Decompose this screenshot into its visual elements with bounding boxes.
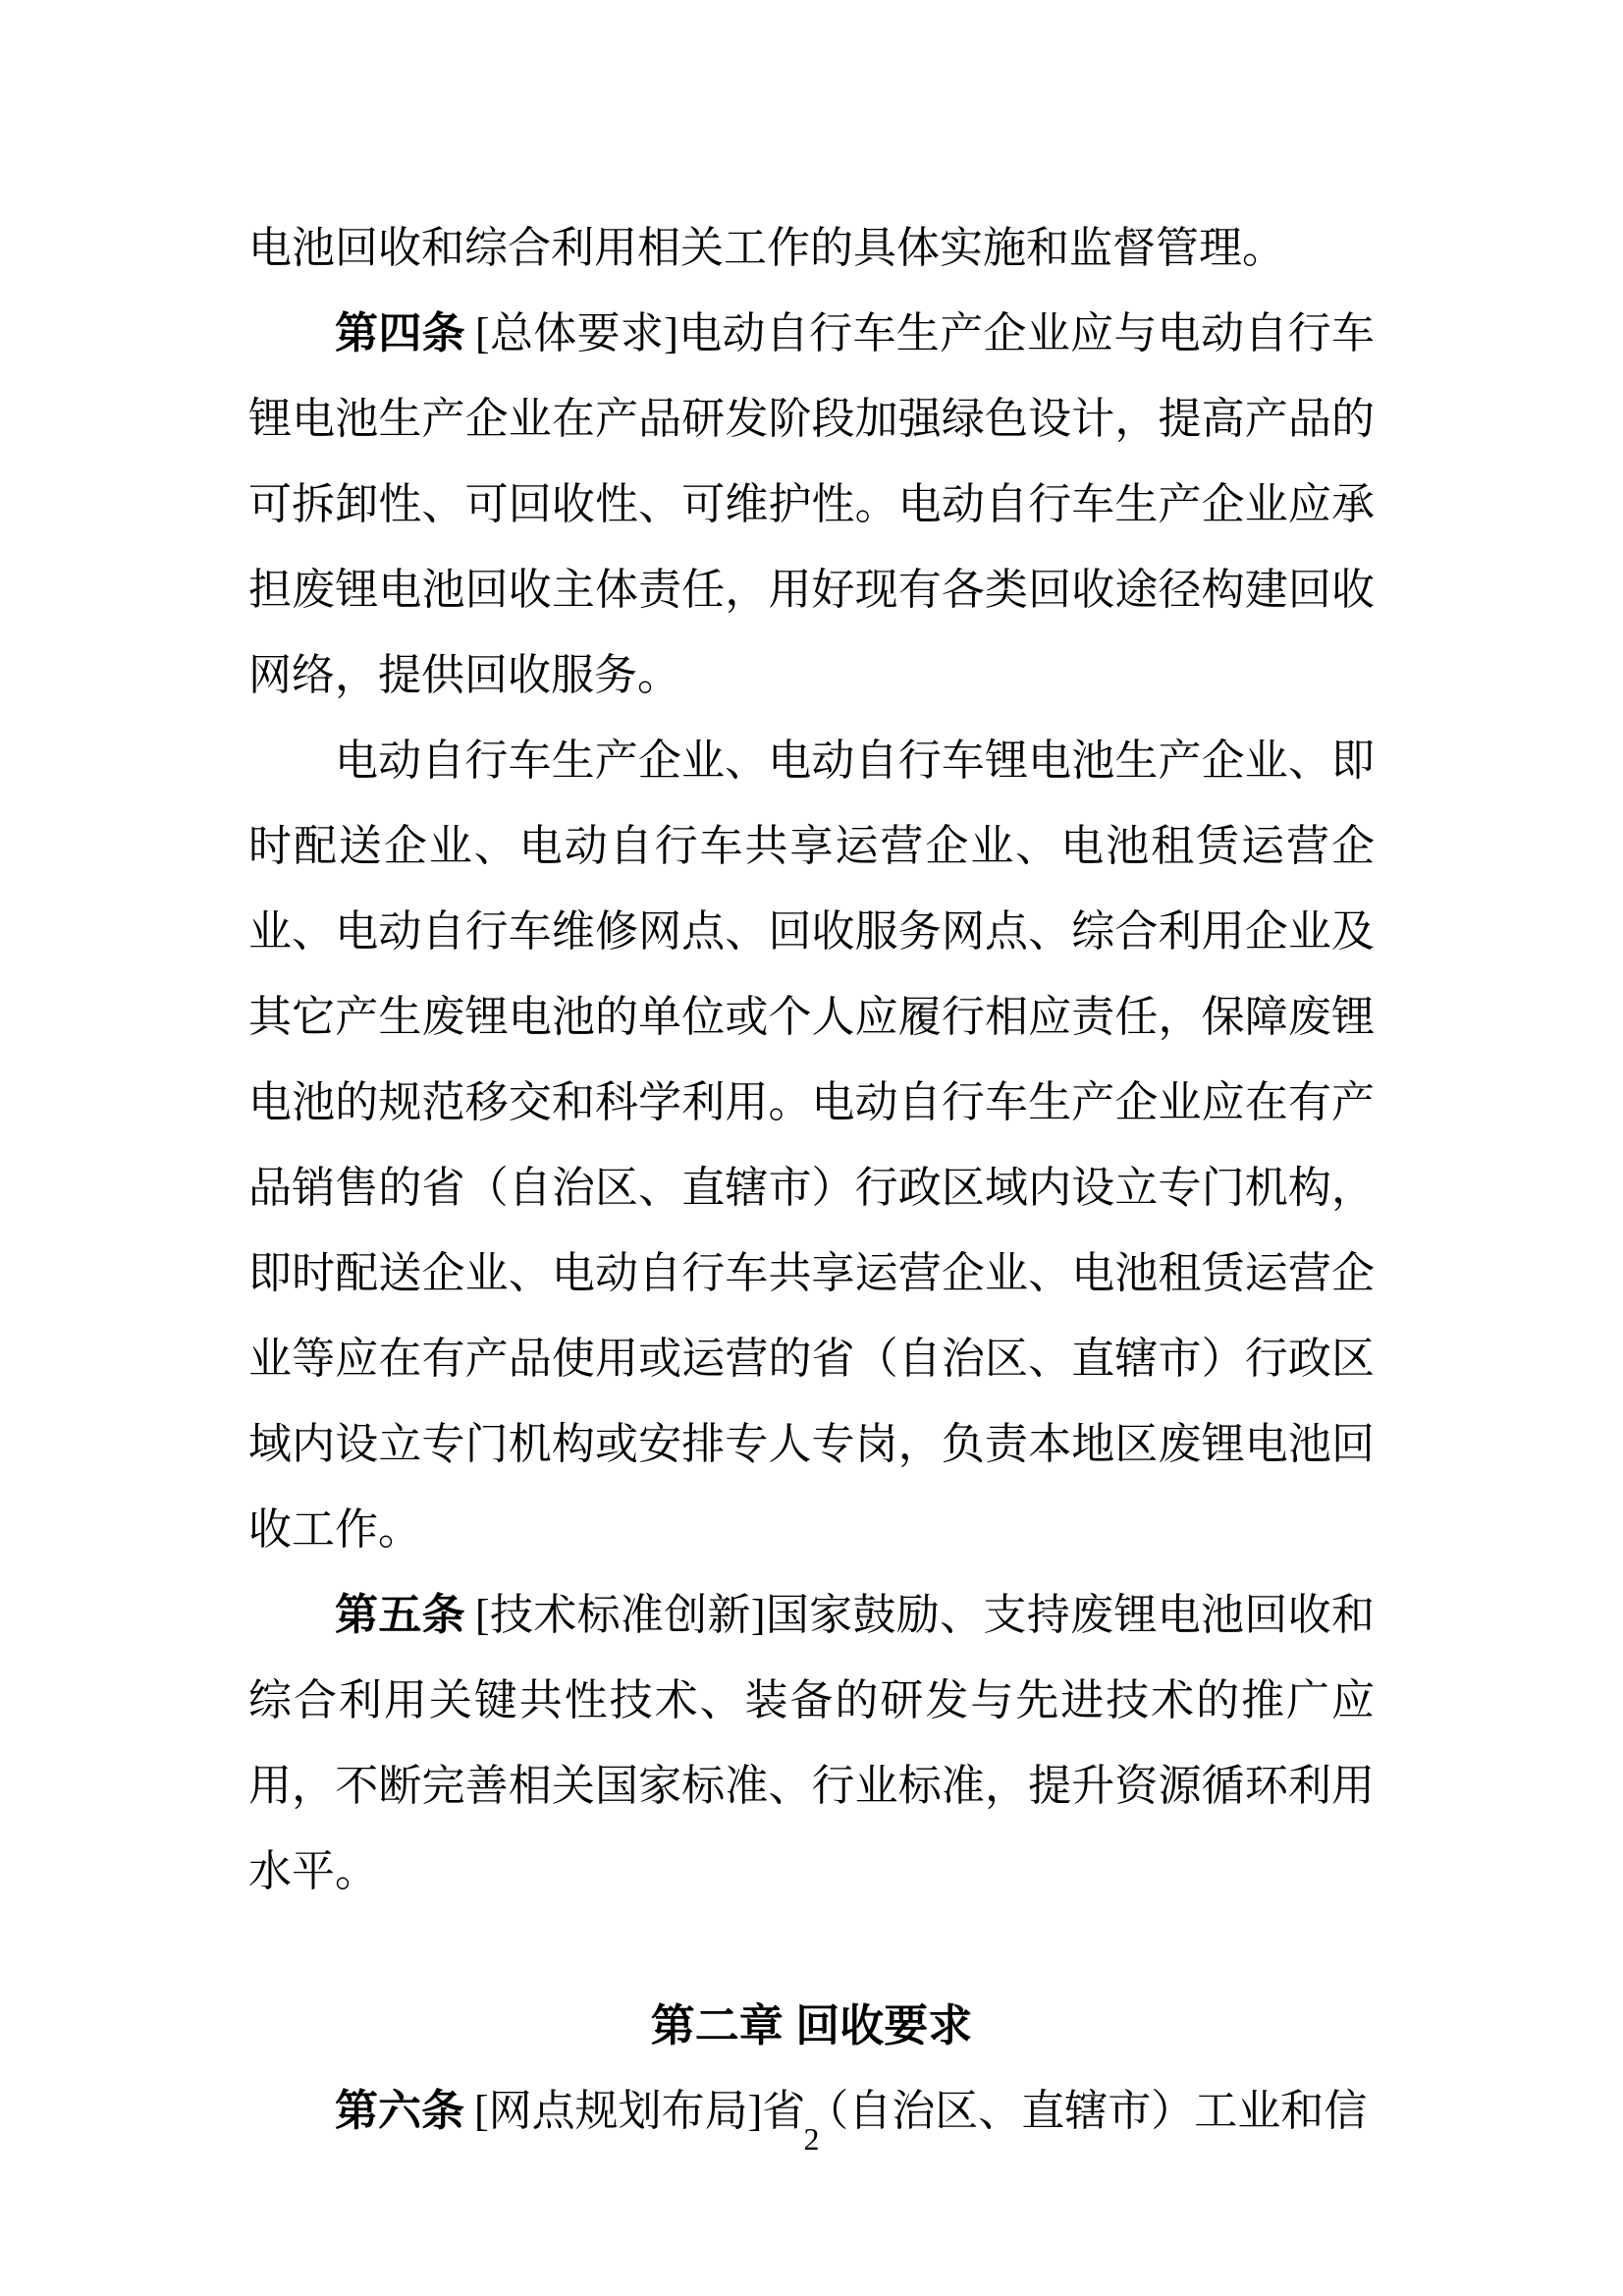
document-page: 电池回收和综合利用相关工作的具体实施和监督管理。 第四条[总体要求]电动自行车生… (0, 0, 1623, 2296)
paragraph-text: [总体要求]电动自行车生产企业应与电动自行车锂电池生产企业在产品研发阶段加强绿色… (248, 309, 1375, 699)
paragraph-continuation: 电池回收和综合利用相关工作的具体实施和监督管理。 (248, 205, 1375, 291)
article-5-label: 第五条 (335, 1591, 465, 1639)
chapter-2-heading: 第二章 回收要求 (248, 1983, 1375, 2068)
paragraph-article-4-continued: 电动自行车生产企业、电动自行车锂电池生产企业、即时配送企业、电动自行车共享运营企… (248, 718, 1375, 1572)
article-4-label: 第四条 (335, 309, 465, 357)
paragraph-article-5: 第五条[技术标准创新]国家鼓励、支持废锂电池回收和综合利用关键共性技术、装备的研… (248, 1572, 1375, 1914)
paragraph-text: 电池回收和综合利用相关工作的具体实施和监督管理。 (248, 224, 1285, 272)
document-body: 电池回收和综合利用相关工作的具体实施和监督管理。 第四条[总体要求]电动自行车生… (248, 205, 1375, 2154)
paragraph-text: 电动自行车生产企业、电动自行车锂电池生产企业、即时配送企业、电动自行车共享运营企… (248, 737, 1375, 1554)
paragraph-article-4: 第四条[总体要求]电动自行车生产企业应与电动自行车锂电池生产企业在产品研发阶段加… (248, 291, 1375, 718)
page-number: 2 (0, 2119, 1623, 2159)
